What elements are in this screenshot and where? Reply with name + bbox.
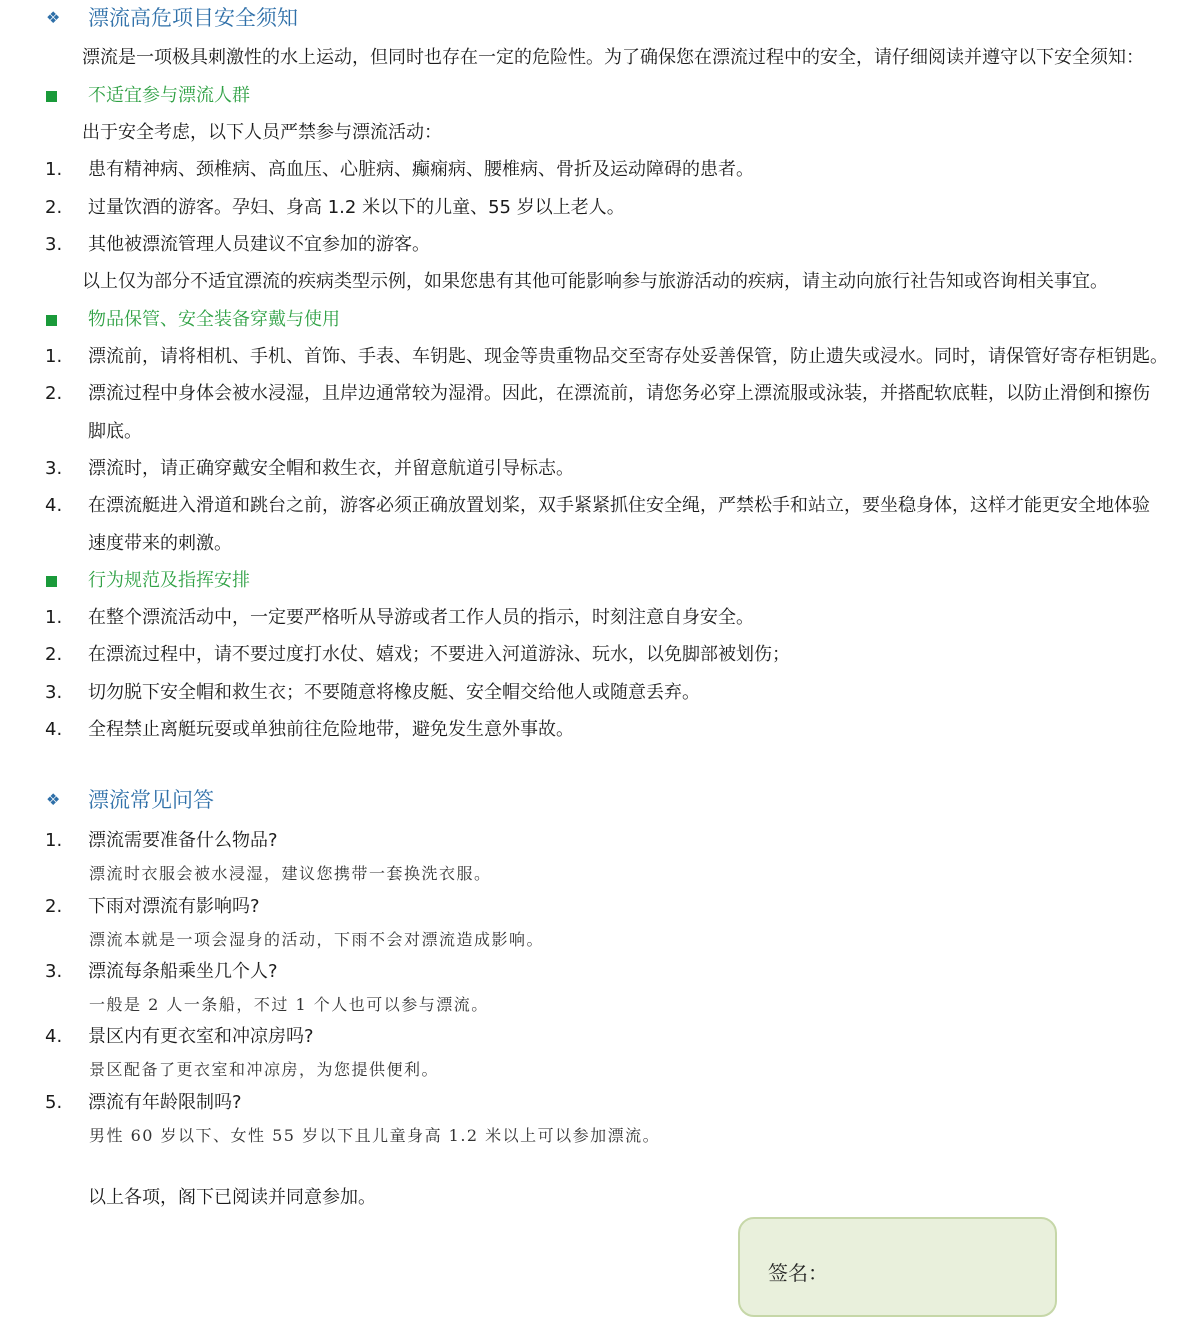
square-bullet-icon (46, 91, 57, 102)
square-bullet-icon (46, 315, 57, 326)
signature-box[interactable]: 签名： (738, 1217, 1057, 1317)
signature-label: 签名： (768, 1257, 828, 1286)
diamond-bullet-icon: ❖ (46, 6, 60, 30)
diamond-bullet-icon: ❖ (46, 788, 60, 812)
square-bullet-icon (46, 576, 57, 587)
section-title: 漂流常见问答 (88, 788, 214, 812)
section-title: 漂流高危项目安全须知 (88, 6, 298, 30)
